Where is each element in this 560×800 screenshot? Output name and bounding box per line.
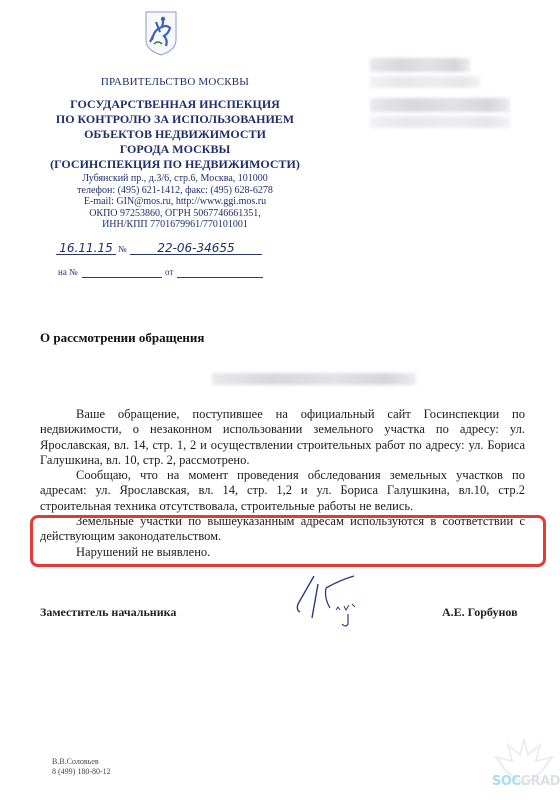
signatory-title: Заместитель начальника [40,605,176,620]
email-line: E-mail: GIN@mos.ru, http://www.ggi.mos.r… [40,196,310,208]
body-paragraph: Ваше обращение, поступившее на официальн… [40,407,525,468]
date-handwritten: 16.11.15 [59,241,112,255]
address-line: Лубянский пр., д.3/6, стр.6, Москва, 101… [40,173,310,185]
watermark-text-grad: GRAD [520,774,560,789]
recipient-redacted [370,58,510,148]
executor-phone: 8 (499) 180-80-12 [52,767,111,777]
reference-from-label: от [165,267,173,277]
conclusion-highlight-box [30,515,546,567]
addressee-redacted [212,373,416,385]
number-handwritten: 22-06-34655 [157,241,234,255]
outgoing-date: 16.11.15 [56,239,116,255]
okpo-line: ОКПО 97253860, ОГРН 5067746661351, [40,208,310,220]
signatory-name: А.Е. Горбунов [442,605,518,620]
inn-line: ИНН/КПП 7701679961/770101001 [40,219,310,231]
socgrad-watermark: SOCGRAD [488,735,560,795]
agency-line: ПО КОНТРОЛЮ ЗА ИСПОЛЬЗОВАНИЕМ [40,112,310,127]
letter-subject: О рассмотрении обращения [40,330,204,346]
moscow-coat-of-arms-icon [144,10,178,56]
agency-line: ГОСУДАРСТВЕННАЯ ИНСПЕКЦИЯ [40,97,310,112]
reference-date-blank [177,268,263,278]
agency-line: (ГОСИНСПЕКЦИЯ ПО НЕДВИЖИМОСТИ) [40,157,310,172]
handwritten-signature-icon [296,574,382,634]
agency-contacts: Лубянский пр., д.3/6, стр.6, Москва, 101… [40,173,310,231]
government-name: ПРАВИТЕЛЬСТВО МОСКВЫ [40,76,310,88]
agency-line: ОБЪЕКТОВ НЕДВИЖИМОСТИ [40,127,310,142]
agency-name: ГОСУДАРСТВЕННАЯ ИНСПЕКЦИЯ ПО КОНТРОЛЮ ЗА… [40,97,310,172]
reference-label: на № [58,267,78,277]
executor-info: В.В.Соловьев 8 (499) 180-80-12 [52,757,111,777]
agency-line: ГОРОДА МОСКВЫ [40,142,310,157]
number-label: № [118,244,127,254]
reference-number-blank [82,268,162,278]
executor-name: В.В.Соловьев [52,757,111,767]
watermark-text-soc: SOC [492,774,520,789]
watermark-text: SOCGRAD [492,774,560,789]
outgoing-number: 22-06-34655 [130,239,262,255]
body-paragraph: Сообщаю, что на момент проведения обслед… [40,468,525,514]
phone-line: телефон: (495) 621-1412, факс: (495) 628… [40,185,310,197]
